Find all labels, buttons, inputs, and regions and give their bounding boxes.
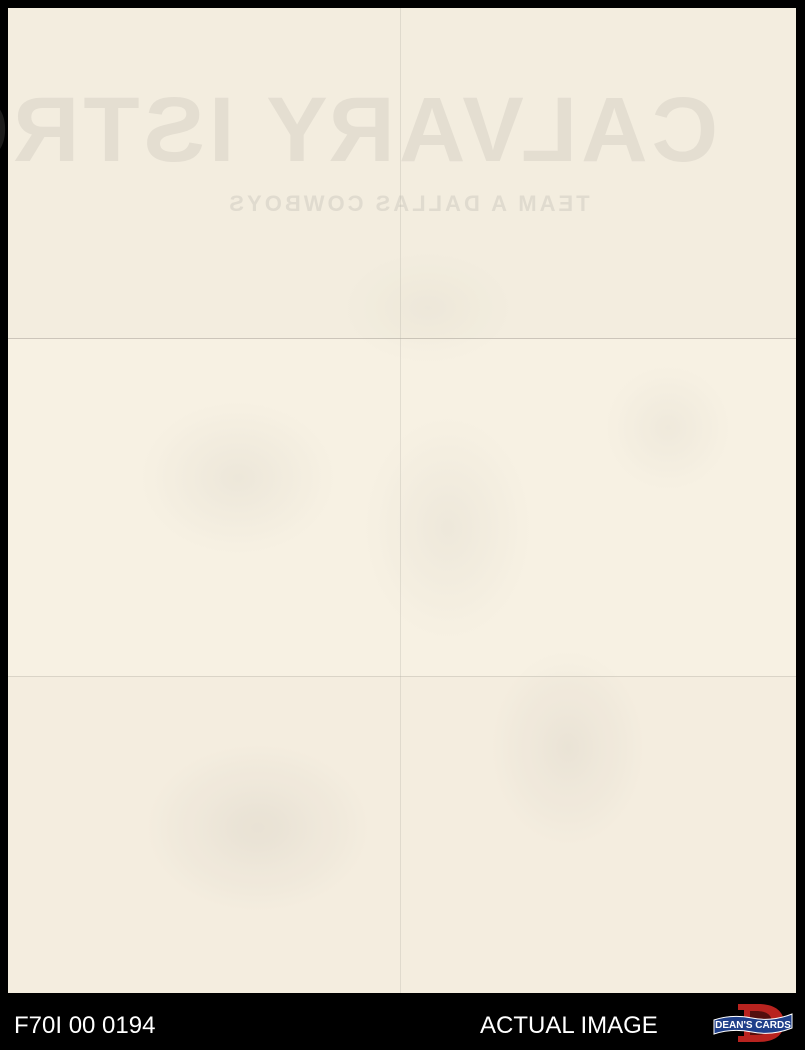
actual-image-label: ACTUAL IMAGE xyxy=(480,1012,658,1040)
item-code: F70I 00 0194 xyxy=(14,1012,155,1040)
deans-cards-logo-icon: DEAN'S CARDS xyxy=(712,1002,794,1044)
fold-crease-lower xyxy=(8,676,796,677)
svg-text:DEAN'S CARDS: DEAN'S CARDS xyxy=(715,1020,791,1031)
bleed-through-title: CALVARY ISTROL xyxy=(98,78,718,183)
fold-panel-bottom xyxy=(8,676,796,993)
fold-crease-vertical xyxy=(400,8,401,993)
poster-sheet: CALVARY ISTROL TEAM A DALLAS COWBOYS xyxy=(8,8,796,993)
bleed-through-subtitle: TEAM A DALLAS COWBOYS xyxy=(208,191,608,217)
fold-crease-upper xyxy=(8,338,796,339)
